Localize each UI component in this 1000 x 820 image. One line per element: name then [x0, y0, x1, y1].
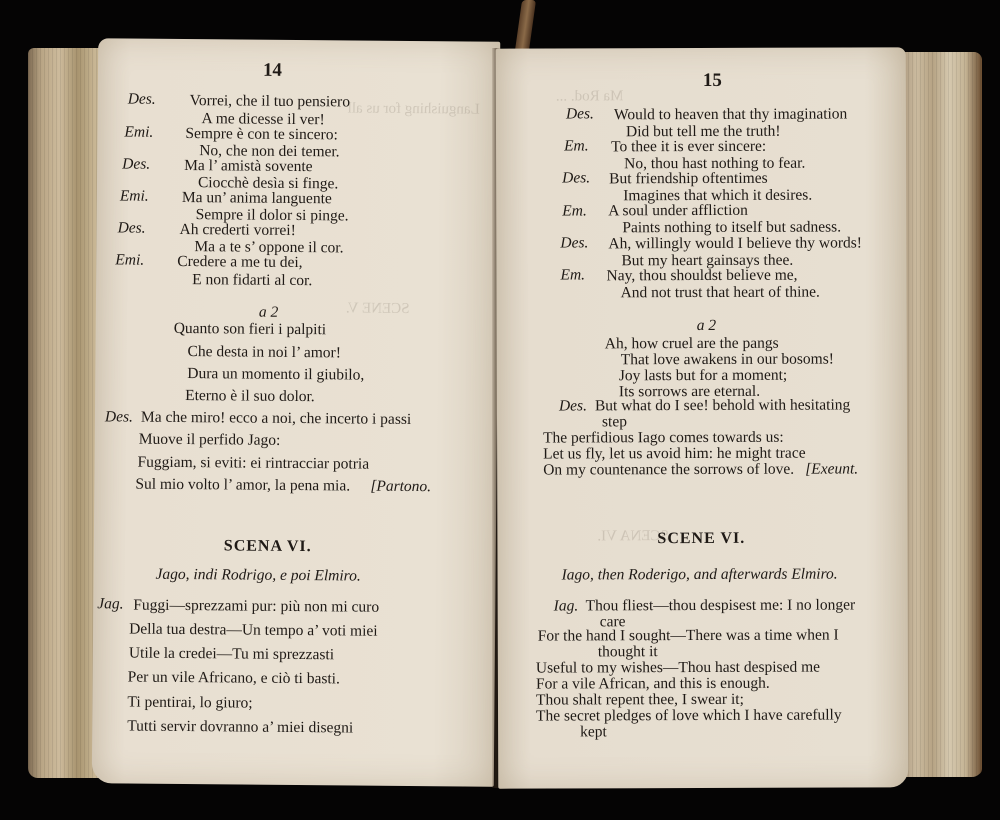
verse-line: Ma l’ amistà sovente: [184, 158, 313, 175]
verse-line: kept: [580, 724, 607, 740]
verse-line: Ma che miro! ecco a noi, che incerto i p…: [141, 410, 411, 428]
bleed-through-text: SCENE V.: [346, 300, 410, 318]
verse-line: Dura un momento il giubilo,: [187, 366, 364, 383]
verse-line: Thou shalt repent thee, I swear it;: [536, 692, 744, 708]
speaker: Jag.: [97, 596, 123, 612]
verse-line: The secret pledges of love which I have …: [536, 708, 842, 725]
verse-line: Ah, willingly would I believe thy words!: [608, 235, 862, 251]
verse-line: For the hand I sought—There was a time w…: [538, 628, 839, 645]
verse-line: Thou fliest—thou despisest me: I no long…: [586, 597, 856, 613]
verse-line: Vorrei, che il tuo pensiero: [190, 93, 350, 110]
verse-line: Nay, thou shouldst believe me,: [606, 268, 797, 284]
speaker: Iag.: [554, 598, 579, 614]
duet-label: a 2: [259, 305, 279, 321]
speaker: Emi.: [124, 124, 153, 140]
verse-line: And not trust that heart of thine.: [621, 285, 820, 301]
right-page: Ma Rod. ... SCENA VI. 15 Des. Would to h…: [496, 47, 909, 788]
page-number: 15: [703, 70, 722, 92]
verse-line: Fuggi—sprezzami pur: più non mi curo: [133, 598, 379, 616]
bleed-through-text: Languishing for us all: [348, 100, 480, 118]
speaker: Des.: [566, 106, 594, 122]
speaker: Des.: [105, 409, 133, 425]
verse-line: Useful to my wishes—Thou hast despised m…: [536, 660, 820, 676]
scene-heading: SCENA VI.: [224, 537, 312, 556]
stage-direction: [Partono.: [370, 479, 431, 495]
verse-line: Sul mio volto l’ amor, la pena mia.: [135, 477, 350, 494]
verse-line: Quanto son fieri i palpiti: [174, 321, 327, 338]
verse-line: Utile la credei—Tu mi sprezzasti: [129, 646, 334, 663]
verse-line: Sempre è con te sincero:: [185, 126, 337, 143]
verse-line: Ah, how cruel are the pangs: [605, 336, 779, 352]
verse-line: Ah crederti vorrei!: [180, 222, 296, 239]
left-page: Languishing for us all SCENE V. 14 Des. …: [92, 38, 500, 786]
verse-line: Fuggiam, si eviti: ei rintracciar potria: [137, 455, 369, 473]
page-number: 14: [263, 60, 282, 82]
verse-line: But friendship oftentimes: [609, 171, 767, 187]
speaker: Des.: [562, 170, 590, 186]
verse-line: Tutti servir dovranno a’ miei disegni: [127, 719, 353, 736]
speaker: Emi.: [120, 188, 149, 204]
speaker: Emi.: [115, 252, 144, 268]
speaker: Des.: [128, 92, 156, 108]
verse-line: Per un vile Africano, e ciò ti basti.: [128, 670, 340, 687]
speaker: Des.: [118, 220, 146, 236]
verse-line: Della tua destra—Un tempo a’ voti miei: [129, 622, 378, 640]
verse-line: Let us fly, let us avoid him: he might t…: [543, 446, 805, 462]
verse-line: Ma un’ anima languente: [182, 190, 332, 207]
scene-heading: SCENE VI.: [657, 530, 745, 548]
verse-line: The perfidious Iago comes towards us:: [543, 430, 784, 446]
verse-line: step: [602, 414, 627, 430]
verse-line: Would to heaven that thy imagination: [614, 106, 847, 122]
bleed-through-text: Ma Rod. ...: [556, 88, 624, 105]
verse-line: thought it: [598, 644, 658, 660]
speaker: Des.: [559, 398, 587, 414]
verse-line: A soul under affliction: [608, 203, 748, 219]
verse-line: E non fidarti al cor.: [192, 272, 312, 289]
right-page-edges: [900, 52, 982, 777]
verse-line: Joy lasts but for a moment;: [619, 368, 787, 384]
verse-line: On my countenance the sorrows of love.: [543, 462, 794, 478]
verse-line: For a vile African, and this is enough.: [536, 676, 770, 692]
speaker: Em.: [564, 138, 589, 154]
scene-characters: Iago, then Roderigo, and afterwards Elmi…: [562, 566, 838, 585]
speaker: Des.: [560, 235, 588, 251]
speaker: Em.: [560, 267, 585, 283]
speaker: Des.: [122, 156, 150, 172]
verse-line: Muove il perfido Jago:: [139, 432, 281, 449]
speaker: Em.: [562, 203, 587, 219]
verse-line: Che desta in noi l’ amor!: [187, 344, 341, 361]
verse-line: Credere a me tu dei,: [177, 254, 302, 271]
verse-line: Eterno è il suo dolor.: [185, 388, 315, 405]
verse-line: Ti pentirai, lo giuro;: [127, 695, 252, 712]
verse-line: Paints nothing to itself but sadness.: [622, 220, 841, 236]
verse-line: That love awakens in our bosoms!: [621, 352, 834, 368]
scene-characters: Jago, indi Rodrigo, e poi Elmiro.: [155, 566, 360, 586]
verse-line: But what do I see! behold with hesitatin…: [595, 397, 850, 413]
verse-line: To thee it is ever sincere:: [611, 139, 766, 155]
stage-direction: [Exeunt.: [805, 461, 858, 477]
duet-label: a 2: [697, 318, 716, 334]
